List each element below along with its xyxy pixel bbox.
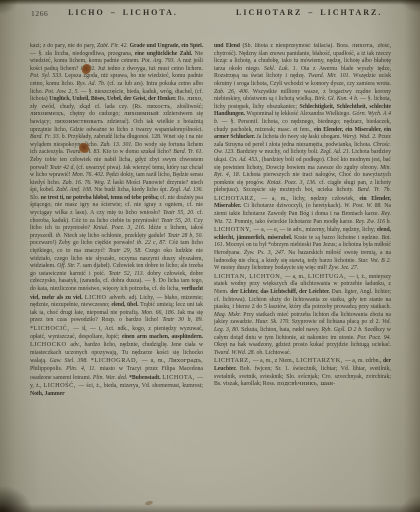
text-segment: *Bubenstadt. (129, 375, 162, 381)
text-segment: kazi; z do pary, nie do pary, (30, 43, 97, 49)
text-segment: Лихоградъ, (168, 358, 203, 364)
text-segment: — §. zła liczba, niedogodliwa, przegrana… (30, 51, 135, 57)
text-paragraph: und Elend (Sb. lihota z nieuprzeymość fa… (214, 43, 391, 273)
text-segment: — a, m., (285, 274, 308, 280)
text-segment: Waryj. Wad. 2. (343, 134, 379, 140)
text-segment: ib. 22 c, 87. (137, 240, 169, 246)
text-segment: Pot. Syl. 533. (30, 73, 65, 79)
text-segment: W moiey duszy lichotney bodaycie się wię… (214, 265, 329, 271)
text-segment: Grade und Ungrade, ein Spiel. (130, 43, 203, 49)
dictionary-headword: LICHTARZYK, (296, 357, 345, 364)
text-segment: лихо, (187, 96, 203, 102)
text-segment: Nie budź licha, kiedy licho śpi. (94, 187, 170, 193)
text-segment: einen arm machen, ausplündern. (122, 334, 203, 340)
text-segment: Szkuta, lichton, bata, rudel nawy. (241, 327, 321, 333)
paper-speck (145, 500, 154, 506)
text-segment: Off. Str. 7. (57, 263, 82, 269)
text-segment: Wspominał tę lekkość Alexandra Wielkiego… (247, 111, 353, 117)
dictionary-headword: LICHTUGA, (308, 273, 349, 280)
text-segment: Rs. (178, 96, 187, 102)
text-segment: Kniaź. Poez. 3, 216. (93, 225, 148, 231)
text-segment: подсвѣчникъ, шан- (277, 381, 335, 387)
text-segment: Zab. 13. 301. (100, 142, 135, 148)
running-head-left: LICHO – LICHOTA. (58, 8, 188, 17)
dictionary-headword: LICHO (85, 294, 110, 301)
text-segment: Gaw. Siel. 398. (50, 358, 91, 364)
text-segment: — u, m., (142, 358, 169, 364)
text-segment: лихость, (146, 104, 177, 110)
text-segment: лихоимный (124, 111, 163, 117)
text-segment: Teatr 55, 20. (163, 210, 197, 216)
text-segment: Pot. Arg. 793. (141, 58, 177, 64)
text-segment: — a, m. zdrbn., (345, 358, 383, 364)
text-segment: Tward. Mir. 101. (308, 73, 353, 79)
text-segment: Slo. (30, 195, 41, 201)
dictionary-headword: LICHOTA, (162, 374, 197, 381)
text-segment: Noth, Jammer (30, 391, 65, 397)
text-segment: Unglück, Unheil, Böses, Uebel, der Geist… (49, 96, 178, 102)
text-segment: ib. 92. (80, 66, 97, 72)
page-number: 1266 (31, 9, 48, 18)
text-segment: Por. Pocz. 94. (357, 335, 391, 341)
text-segment: Bardziey w muchy, od lichoty boli. (236, 149, 320, 155)
text-segment: Pomniy, iako świeckie lichotarze Pan mod… (234, 219, 355, 225)
text-segment: Bard. Tr. 61. (173, 149, 203, 155)
text-segment: лихоимствовать (54, 119, 107, 125)
text-segment: — ści, ż., bieda, mizerya, Vd. shomernus… (79, 383, 203, 389)
text-column-right: und Elend (Sb. lihota z nieuprzeymość fa… (214, 43, 391, 483)
text-segment: zły zwód, chudy, zkąd cf. lada czy. (Rs. (30, 104, 146, 110)
text-segment: chętny do cudzego; (70, 111, 124, 117)
text-segment: Szyprowie od lichtana płacą po zł 2. (292, 319, 382, 325)
text-segment: Bard. Tr. 7b. (357, 187, 391, 193)
text-segment: Rys. Ad. 7b. (76, 81, 107, 87)
text-segment: Rey. Zw. 116 b. (355, 219, 391, 225)
text-segment: Kniaź. Poez. 3, 136. (267, 180, 319, 186)
text-segment: Ci lichotarze dziwoczyli, (o heretykach)… (243, 203, 344, 209)
text-segment: — a, — e, — ie adv., mizerny, błahy, nęd… (254, 227, 377, 233)
text-segment: Zabł. Fir. 42. (97, 43, 130, 49)
text-segment: Mag. Mskr. (214, 312, 243, 318)
page-corner-shadow (400, 0, 420, 12)
text-segment: ob. Lichtować. (256, 350, 291, 356)
text-paragraph: LICHTAN, LICHTON, — a, m., LICHTUGA, — i… (214, 273, 391, 358)
page-edge-shadow-top (0, 0, 420, 5)
text-segment: Cn. Ad. 453., (229, 157, 261, 163)
dictionary-headword: LICHOŚĆ, (43, 382, 78, 389)
text-segment: Kraie te są barzo lichotne i nędzne. (294, 235, 381, 241)
text-segment: Teatr 29, 58. (108, 248, 145, 254)
text-segment: Star. Vot. B 2. (358, 258, 391, 264)
text-segment: der Lichter, das Lichtschiff, der Leicht… (230, 289, 331, 295)
text-segment: Zabł. Amf. 108. (56, 187, 94, 193)
text-segment: Okręt na hak wsadzony, gdzież prosto kuk… (214, 342, 391, 348)
dictionary-headword: LICHOTARZ, (214, 195, 261, 202)
text-segment: Philippopolis. (30, 366, 66, 372)
text-segment: лихоимецъ, (30, 111, 70, 117)
text-paragraph: LICHTARZ, — a, m., z Niem., LICHTARZYK, … (214, 357, 391, 388)
text-segment: Zab. 26, 406. (214, 89, 253, 95)
dictionary-headword: LICHOTNY, (214, 226, 254, 233)
page-corner-shadow (0, 486, 32, 512)
text-segment: złośliwość; (177, 104, 203, 110)
text-segment: Zab. 16. 76. Weg. (62, 180, 107, 186)
text-segment: Teatr 55, 20. (161, 218, 194, 224)
text-segment: лихота, (352, 43, 378, 49)
text-segment: Tward. W.Wd. 28. (214, 350, 256, 356)
text-segment: W. Post. W. 88. (344, 203, 384, 209)
text-segment: Mon. 66, 186. (141, 310, 177, 316)
text-paragraph: kazi; z do pary, nie do pary, Zabł. Fir.… (30, 43, 203, 398)
text-segment: Bard. Fr. 33. b. (30, 134, 68, 140)
text-segment: Birk. Gł. Kon. 4 b. (315, 96, 361, 102)
text-segment: — a, m., z Niem., (253, 358, 296, 364)
text-segment: Plin. 4, 11. (66, 366, 100, 372)
dictionary-headword: *LICHOGRAD, (91, 357, 142, 364)
text-segment: Haur. Sk. 170. (255, 319, 291, 325)
page-corner-shadow (0, 0, 18, 14)
text-segment: Zegl. Ad. 136. (170, 187, 203, 193)
scanned-dictionary-page: 1266 LICHO – LICHOTA. LICHOTARZ – LICHTA… (0, 0, 420, 512)
text-segment: Zegl. Ad. 21. (320, 149, 352, 155)
text-segment: Niech się licho ochłonie, przeklęty gadu… (64, 233, 168, 239)
text-segment: Kto to w domu szukał licho? (103, 149, 174, 155)
text-segment: Ja lichota do twey się łaski ubogam. (256, 134, 342, 140)
text-segment: Sekl. Luk. 1. (264, 66, 301, 72)
page-edge-shadow-bottom (0, 504, 420, 512)
text-segment: Mon. 76. 402. (72, 172, 106, 178)
text-segment: Już iedno z dwoyga, iuż musi cetno liche… (98, 66, 203, 72)
text-segment: eine unglückliche Zahl. (135, 51, 195, 57)
dictionary-headword: LICHOCKO (30, 341, 70, 348)
text-segment: Teatr 52, 113. (109, 271, 148, 277)
text-segment: Pot. Jow. 2, 5. (45, 89, 81, 95)
text-segment: Teatr 28 b, 50. (168, 233, 203, 239)
page-corner-shadow (400, 496, 420, 512)
text-segment: Ryb. Gęśl. D 2 b. (322, 327, 365, 333)
text-segment: Plin. War. ded. (93, 375, 129, 381)
text-segment: ne trest ti, ne potreba hlobol, temu od … (41, 195, 161, 201)
text-segment: — a, m., lichy, nędzny człowiek, (261, 196, 359, 202)
text-segment: Żyw. Ps. 3, 247. (244, 250, 288, 256)
text-column-left: kazi; z do pary, nie do pary, Zabł. Fir.… (30, 43, 203, 483)
text-segment: und Elend (214, 43, 242, 49)
text-segment: Teatr 30 b, 89. (162, 317, 203, 323)
dictionary-headword: *LICHOCIĆ, (30, 325, 73, 332)
text-segment: ib. (56, 233, 64, 239)
dictionary-headword: LICHTARZ, (214, 357, 253, 364)
dictionary-headword: LICHTAN, LICHTON, (214, 273, 285, 280)
text-segment: elend, übel. (111, 302, 140, 308)
running-head-right: LICHOTARZ – LICHTARZ. (236, 8, 372, 17)
text-segment: Żyw. Jez. 27. (329, 265, 359, 271)
text-segment: poczwaro!) Żeby go licho ciężkie porwało… (30, 240, 137, 246)
text-segment: Tward. Wł. 83. (66, 149, 103, 155)
text-segment: (Sb. lihota z nieuprzeymość fallacia). B… (242, 43, 351, 49)
text-segment: Teatr 42 d, (50, 165, 77, 171)
